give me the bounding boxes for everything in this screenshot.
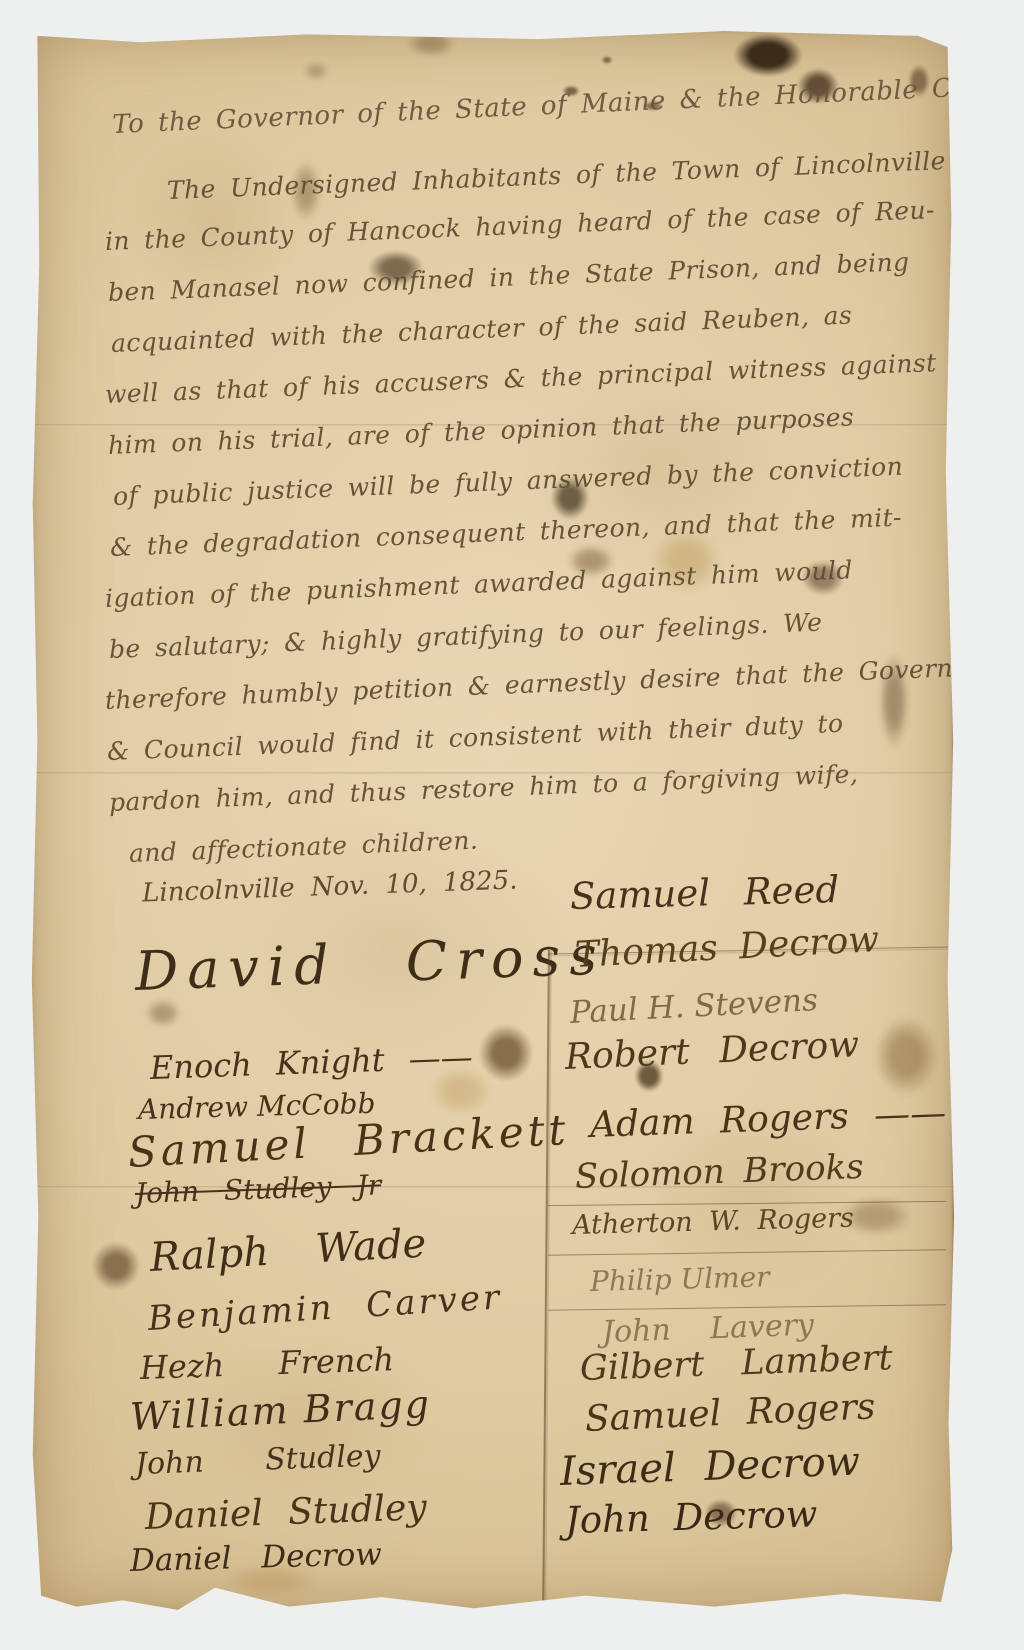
paper-stain [865,1005,947,1107]
signature: Gilbert Lambert [579,1341,893,1387]
manuscript-page: To the Governor of the State of Maine & … [30,28,955,1613]
signature: Samuel Brackett [127,1109,570,1174]
signature: Atherton W. Rogers [572,1205,855,1239]
rule-under-solomon-brooks [548,1201,946,1206]
ink-stain [630,1055,668,1097]
signature: Adam Rogers —— [589,1096,946,1144]
signature: Israel Decrow [559,1442,860,1492]
manuscript-line: igation of the punishment awarded agains… [105,555,915,611]
paper-stain [140,995,186,1031]
signature: John Lavery [601,1311,814,1348]
signature: William Bragg [129,1385,432,1436]
manuscript-line: in the County of Hancock having heard of… [105,198,915,254]
manuscript-line: him on his trial, are of the opinion tha… [108,402,915,458]
signature: Ralph Wade [149,1224,427,1278]
manuscript-line: acquainted with the character of the sai… [111,300,915,356]
signature: Robert Decrow [564,1027,860,1076]
manuscript-line: & the degradation consequent thereon, an… [110,504,915,560]
paper-stain [830,1190,922,1242]
petition-body: The Undersigned Inhabitants of the Town … [105,178,915,892]
scan-background: To the Governor of the State of Maine & … [0,0,1024,1650]
ink-stain [700,1495,742,1531]
rule-under-atherton-rogers [548,1249,946,1256]
paper-top-edge [30,28,955,32]
signature: Benjamin Carver [147,1280,503,1336]
signature: Andrew McCobb [138,1090,376,1124]
ink-stain [722,26,814,84]
paper-stain [210,1560,332,1602]
signature: Hezh French [139,1343,394,1384]
signature: Enoch Knight —— [149,1041,473,1084]
rule-under-philip-ulmer [548,1304,946,1311]
signature: Paul H. Stevens [569,985,818,1029]
ink-stain [85,1235,147,1297]
signature: John Decrow [565,1495,818,1539]
fold-crease [30,1186,955,1189]
manuscript-line: be salutary; & highly gratifying to our … [109,606,915,662]
signature: David Cross [134,929,607,999]
paper-right-edge [951,28,955,1613]
paper-stain [300,60,332,82]
manuscript-line: and affectionate children. [129,811,915,866]
manuscript-line: well as that of his accusers & the princ… [105,351,915,407]
ink-stain [600,55,614,65]
signature: Samuel Rogers [584,1389,876,1438]
signature: Daniel Decrow [130,1539,383,1577]
signature: John Studley Jr [135,1171,382,1208]
manuscript-line: of public justice will be fully answered… [113,453,915,509]
column-divider-line [542,950,550,1622]
manuscript-line: ben Manasel now confined in the State Pr… [108,249,915,305]
signature: Philip Ulmer [590,1263,770,1296]
salutation-line: To the Governor of the State of Maine & … [112,74,943,140]
paper-stain [420,1060,502,1122]
signature: John Studley [134,1441,381,1480]
paper-stain [400,28,462,60]
manuscript-line: & Council would find it consistent with … [107,708,915,764]
signature: Daniel Studley [144,1490,427,1536]
ink-stain [470,1015,542,1091]
manuscript-line: therefore humbly petition & earnestly de… [105,657,915,713]
manuscript-line: pardon him, and thus restore him to a fo… [109,759,915,815]
manuscript-line: The Undersigned Inhabitants of the Town … [167,149,915,203]
rule-under-samuel-reed [548,946,950,954]
